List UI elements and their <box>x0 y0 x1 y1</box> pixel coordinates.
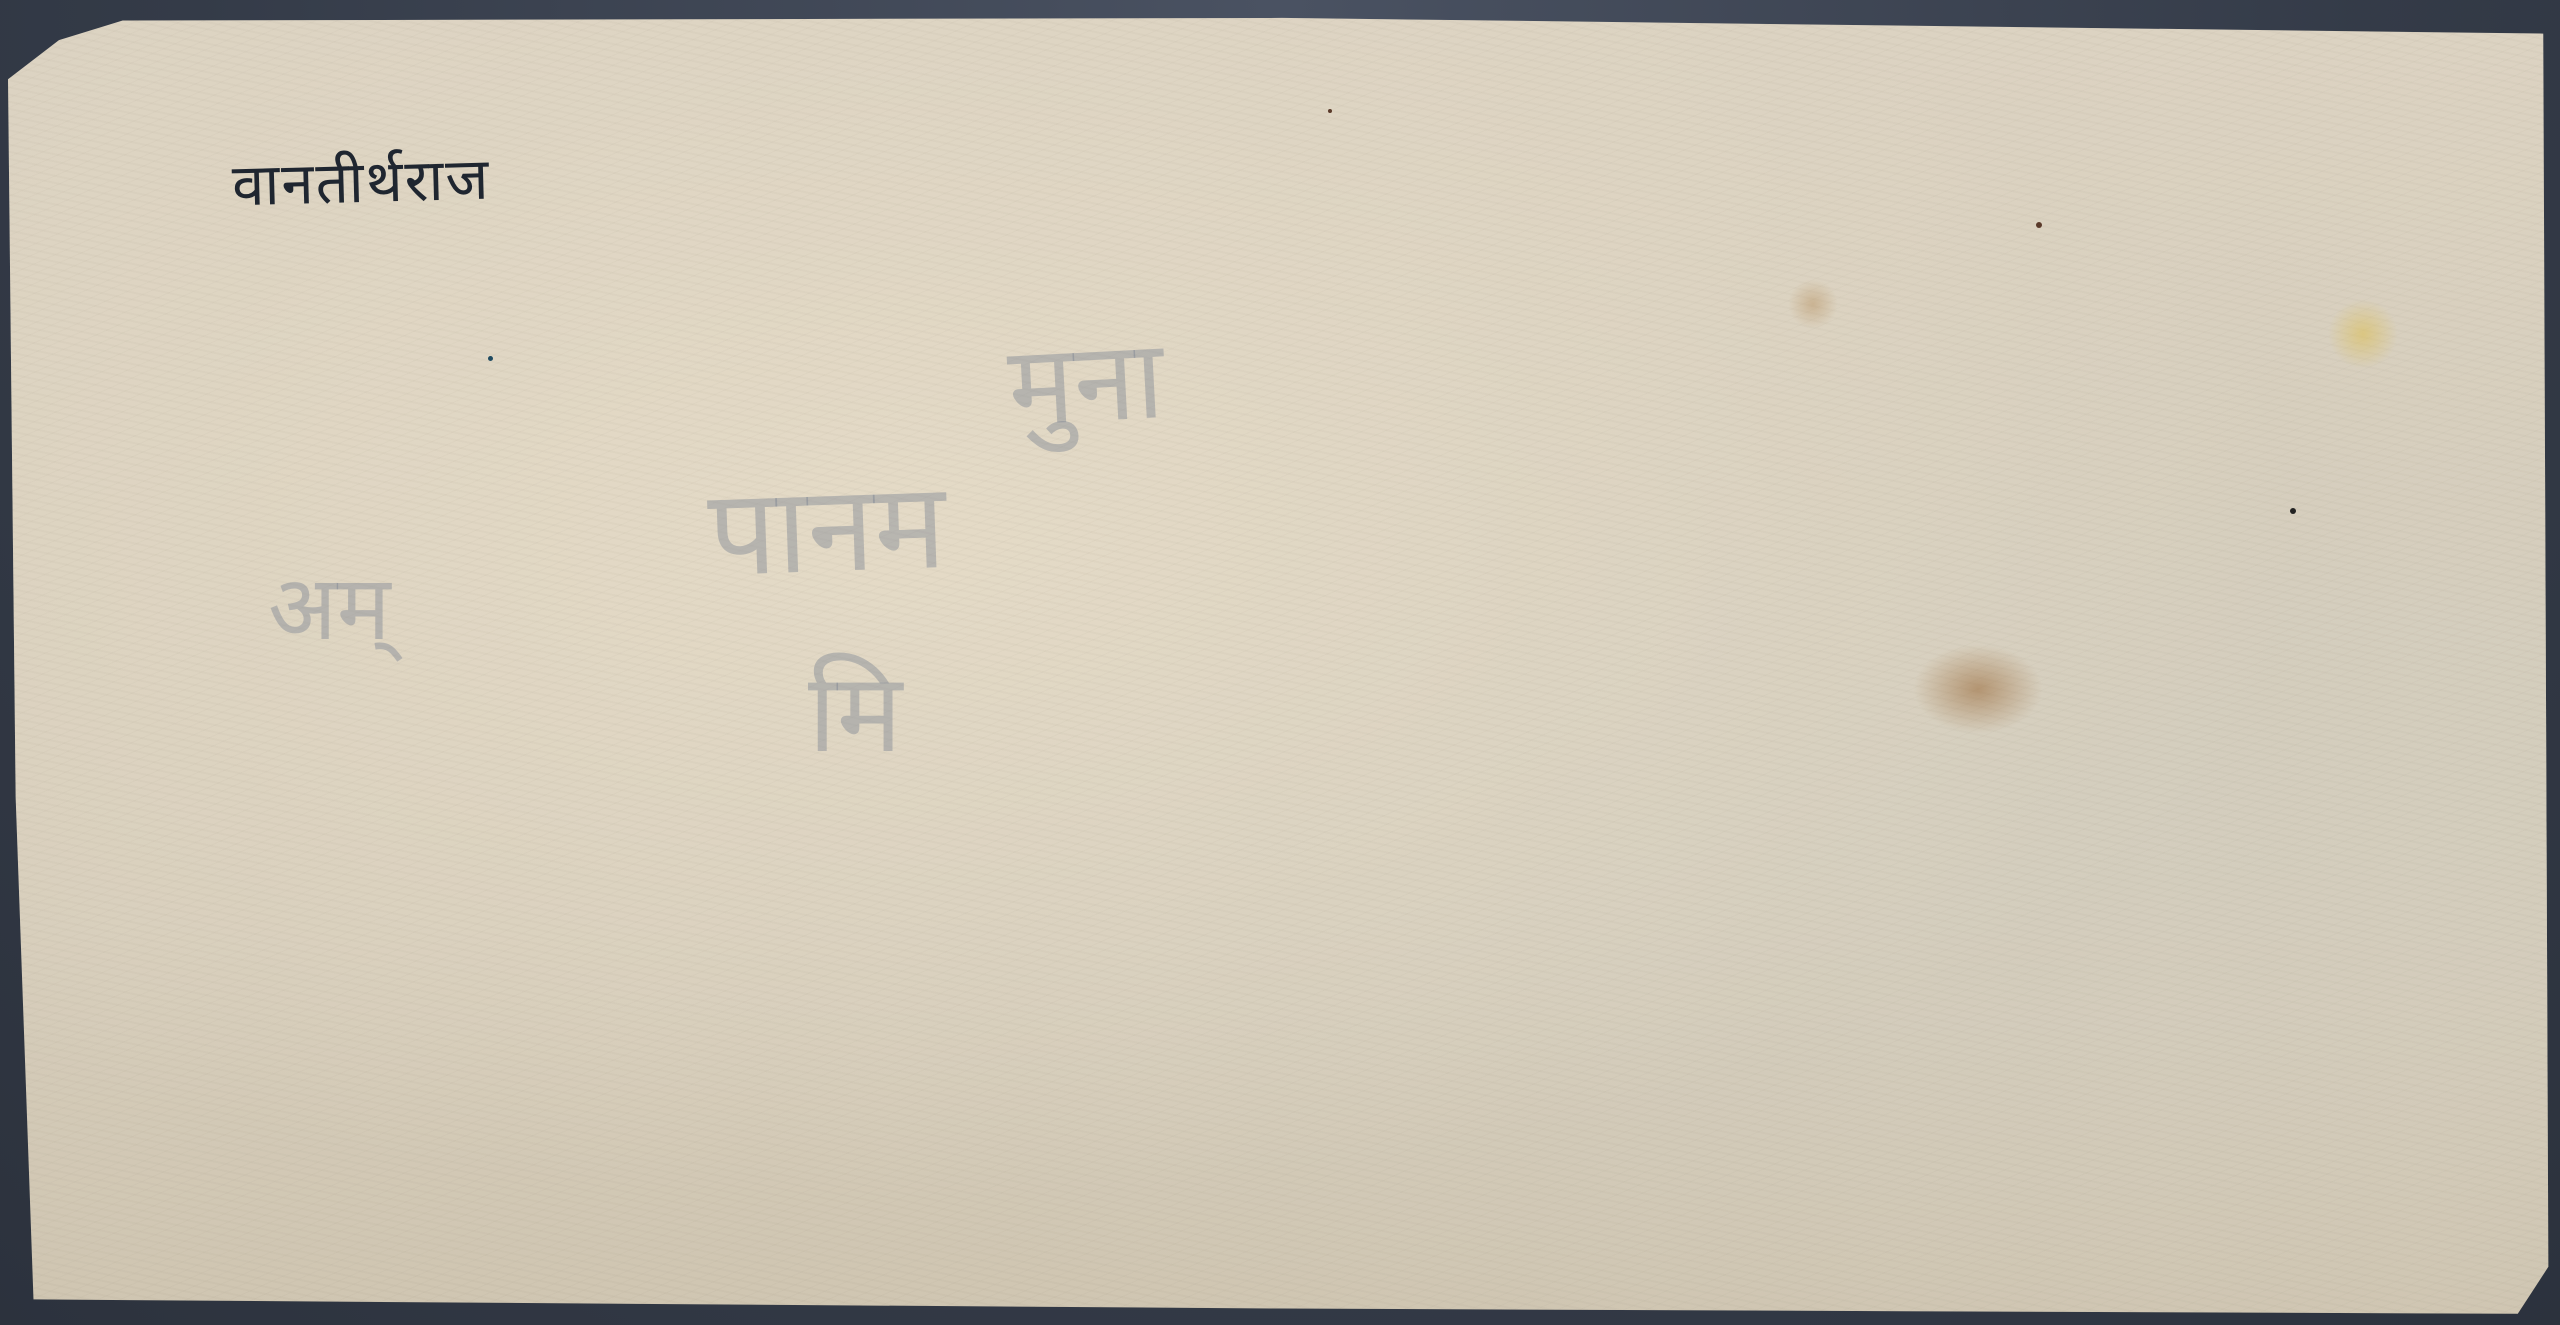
brown-stain <box>1788 279 1838 329</box>
ink-spot <box>2290 508 2296 514</box>
pencil-inscription: अम् <box>268 544 391 666</box>
pencil-inscription: पानम <box>705 440 948 611</box>
yellow-stain <box>2328 299 2398 369</box>
ink-spot <box>2036 222 2042 228</box>
ink-spot <box>1328 109 1332 113</box>
pencil-inscription: मुना <box>1004 300 1167 458</box>
ink-title-inscription: वानतीर्थराज <box>231 137 491 223</box>
brown-stain <box>1913 644 2043 734</box>
ink-spot <box>488 356 493 361</box>
pencil-inscription: मि <box>808 634 902 784</box>
